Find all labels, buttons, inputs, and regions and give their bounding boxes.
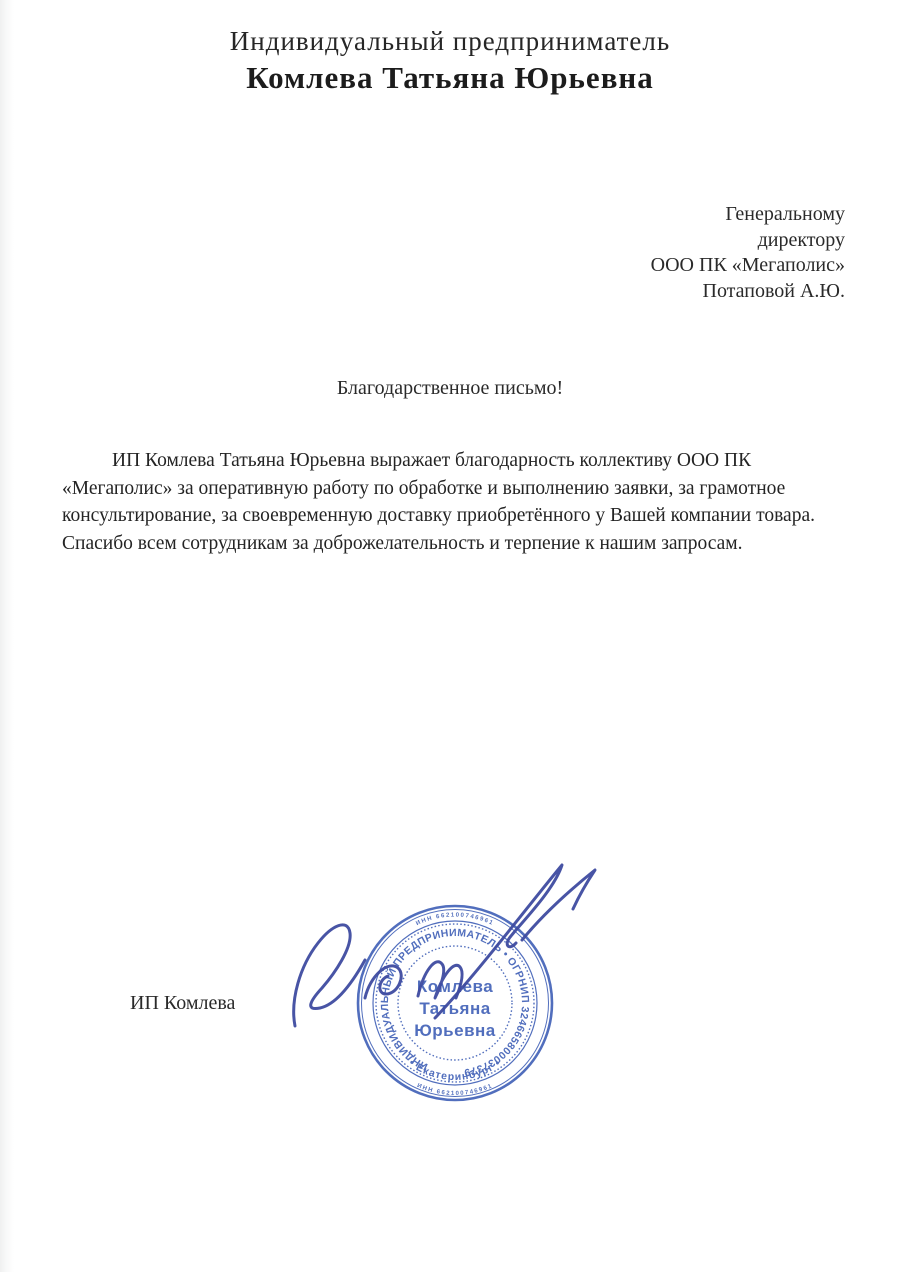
signature-label: ИП Комлева	[130, 992, 235, 1015]
letter-body-paragraph: ИП Комлева Татьяна Юрьевна выражает благ…	[62, 447, 848, 557]
stamp-name-line3: Юрьевна	[414, 1021, 496, 1040]
addressee-line: директору	[651, 228, 845, 254]
addressee-block: Генеральному директору ООО ПК «Мегаполис…	[651, 202, 845, 304]
letter-page: Индивидуальный предприниматель Комлева Т…	[0, 0, 900, 1272]
stamp-name-line1: Комлева	[417, 977, 493, 996]
addressee-line: ООО ПК «Мегаполис»	[651, 253, 845, 279]
addressee-line: Генеральному	[651, 202, 845, 228]
round-stamp: ИНДИВИДУАЛЬНЫЙ ПРЕДПРИНИМАТЕЛЬ • ОГРНИП …	[358, 906, 552, 1100]
stamp-and-signature: ИНДИВИДУАЛЬНЫЙ ПРЕДПРИНИМАТЕЛЬ • ОГРНИП …	[270, 848, 620, 1118]
addressee-line: Потаповой А.Ю.	[651, 279, 845, 305]
scan-edge-artifact	[0, 0, 14, 1272]
letterhead-entity-name: Комлева Татьяна Юрьевна	[0, 60, 900, 96]
letter-title: Благодарственное письмо!	[0, 377, 900, 400]
letterhead-entity-type: Индивидуальный предприниматель	[0, 26, 900, 57]
stamp-name-line2: Татьяна	[419, 999, 490, 1018]
stamp-inn-text-top: ИНН 662100746961	[415, 912, 494, 927]
